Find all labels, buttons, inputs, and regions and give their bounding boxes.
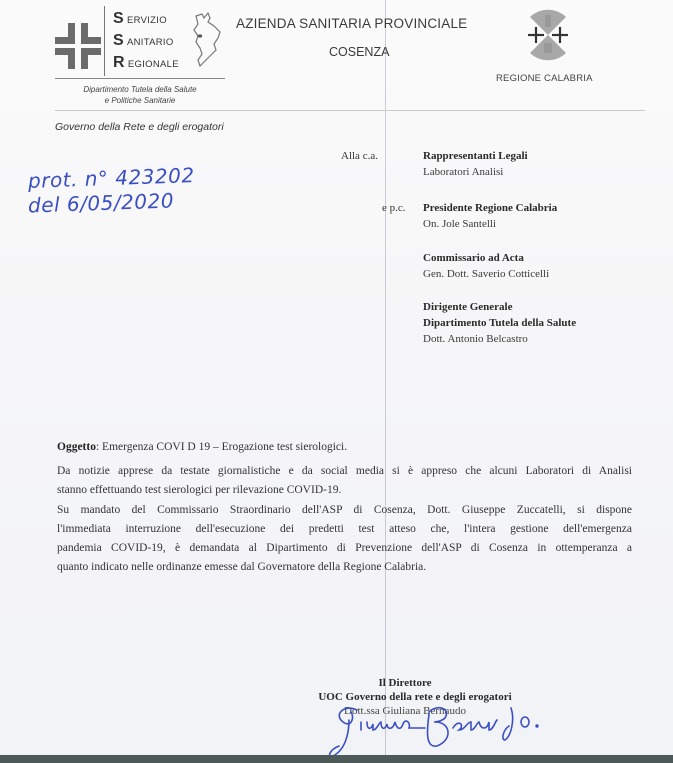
protocol-date: del 6/05/2020 bbox=[28, 188, 175, 217]
department-line: Dipartimento Tutela della Salute bbox=[55, 84, 225, 95]
asp-city: COSENZA bbox=[329, 45, 389, 59]
recipient-title: Rappresentanti Legali bbox=[423, 150, 528, 162]
body-line: quanto indicato nelle ordinanze emesse d… bbox=[57, 558, 632, 577]
paragraph-1: Da notizie apprese da testate giornalist… bbox=[57, 462, 632, 500]
calabria-map-icon bbox=[192, 10, 224, 68]
ssr-word: ERVIZIO bbox=[127, 15, 167, 26]
recipient-title: Dipartimento Tutela della Salute bbox=[423, 317, 576, 329]
ssr-cross-logo-icon bbox=[55, 23, 101, 69]
recipient-name: Laboratori Analisi bbox=[423, 166, 503, 178]
document-page: SERVIZIO SANITARIO REGIONALE Dipartiment… bbox=[0, 0, 673, 755]
header-rule bbox=[55, 78, 225, 79]
logo-divider bbox=[104, 6, 105, 76]
cc-label: e p.c. bbox=[382, 202, 406, 214]
ssr-logo-text: SERVIZIO SANITARIO REGIONALE bbox=[113, 8, 179, 74]
signer-role: Il Direttore bbox=[300, 677, 510, 689]
asp-title: AZIENDA SANITARIA PROVINCIALE bbox=[236, 16, 467, 31]
page-fold-line bbox=[385, 0, 386, 755]
regione-calabria-emblem-icon bbox=[520, 7, 576, 63]
office-name: Governo della Rete e degli erogatori bbox=[55, 121, 224, 133]
body-line: Da notizie apprese da testate giornalist… bbox=[57, 462, 632, 481]
ssr-word: EGIONALE bbox=[128, 59, 179, 70]
body-line: pandemia COVID-19, è demandata al Dipart… bbox=[57, 539, 632, 558]
paragraph-2: Su mandato del Commissario Straordinario… bbox=[57, 501, 632, 577]
department-name: Dipartimento Tutela della Salute e Polit… bbox=[55, 84, 225, 106]
bottom-bar bbox=[0, 755, 673, 763]
body-line: stanno effettuando test sierologici per … bbox=[57, 481, 632, 500]
recipient-title: Presidente Regione Calabria bbox=[423, 202, 557, 214]
subject-label: Oggetto bbox=[57, 441, 96, 453]
to-label: Alla c.a. bbox=[341, 150, 378, 162]
recipient-title: Dirigente Generale bbox=[423, 301, 513, 313]
recipient-title: Commissario ad Acta bbox=[423, 252, 524, 264]
subject-text: : Emergenza COVI D 19 – Erogazione test … bbox=[96, 441, 347, 453]
recipient-name: Dott. Antonio Belcastro bbox=[423, 333, 528, 345]
ssr-initial: S bbox=[113, 32, 124, 49]
recipient-name: Gen. Dott. Saverio Cotticelli bbox=[423, 268, 549, 280]
body-line: l'immediata interruzione dell'esecuzione… bbox=[57, 520, 632, 539]
handwritten-signature bbox=[325, 700, 575, 760]
body-line: Su mandato del Commissario Straordinario… bbox=[57, 501, 632, 520]
department-line: e Politiche Sanitarie bbox=[55, 95, 225, 106]
region-label: REGIONE CALABRIA bbox=[496, 73, 593, 84]
subject-line: Oggetto: Emergenza COVI D 19 – Erogazion… bbox=[57, 441, 347, 453]
ssr-word: ANITARIO bbox=[127, 37, 174, 48]
ssr-initial: R bbox=[113, 54, 125, 71]
recipient-name: On. Jole Santelli bbox=[423, 218, 496, 230]
header-separator bbox=[55, 110, 645, 111]
ssr-initial: S bbox=[113, 10, 124, 27]
